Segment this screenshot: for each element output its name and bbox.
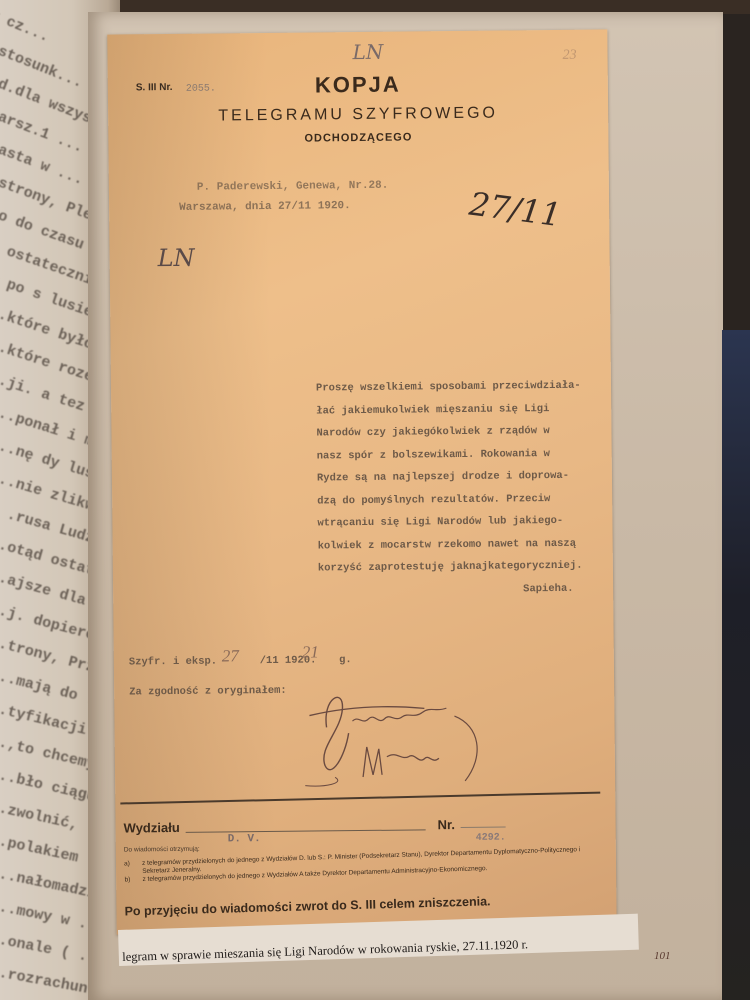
body-line: Proszę wszelkiemi sposobami przeciwdział… xyxy=(316,374,616,400)
department-value: D. V. xyxy=(228,833,261,845)
body-line: korzyść zaprotestuję jaknajkategorycznie… xyxy=(318,554,618,580)
recipients-label: Do wiadomości otrzymują: xyxy=(124,846,200,854)
number-value: 4292. xyxy=(476,833,506,844)
body-line: Narodów czy jakiegókolwiek z rządów w xyxy=(316,419,616,445)
handwritten-initials-mid: LN xyxy=(157,244,194,272)
handwritten-date: 27/11 xyxy=(467,185,563,235)
handwritten-corner-number: 23 xyxy=(562,48,576,64)
addressee: P. Paderewski, Genewa, Nr.28. xyxy=(197,180,389,194)
left-page-text-line: w cz... xyxy=(0,7,52,46)
conformity-label: Za zgodność z oryginałem: xyxy=(129,685,287,699)
body-line: wtrącaniu się Ligi Narodów lub jakiego- xyxy=(317,509,617,535)
document-subtitle: TELEGRAMU SZYFROWEGO xyxy=(108,103,608,126)
body-line: nasz spór z bolszewikami. Rokowania w xyxy=(317,442,617,468)
body-line: Rydze są na najlepszej drodze i doprowa- xyxy=(317,464,617,490)
page-number: 101 xyxy=(654,950,671,962)
signature-icon xyxy=(304,686,495,798)
body-line: dzą do pomyślnych rezultatów. Przeciw xyxy=(317,487,617,513)
document-title: KOPJA xyxy=(108,69,608,100)
department-label: Wydziału xyxy=(124,820,180,836)
body-line: kolwiek z mocarstw rzekomo nawet na nasz… xyxy=(318,532,618,558)
telegram-body: Proszę wszelkiemi sposobami przeciwdział… xyxy=(316,374,618,580)
handwritten-cipher-hour: 21 xyxy=(302,642,319,662)
handwritten-initials-top: LN xyxy=(352,40,383,64)
body-line: łać jakiemukolwiek mięszaniu się Ligi xyxy=(316,397,616,423)
background-corner xyxy=(722,330,750,1000)
number-label: Nr. xyxy=(438,817,455,832)
place-date: Warszawa, dnia 27/11 1920. xyxy=(179,200,351,214)
telegram-document: LN 23 S. III Nr. 2055. KOPJA TELEGRAMU S… xyxy=(107,29,616,934)
handwritten-cipher-day: 27 xyxy=(222,646,239,666)
signoff: Sapieha. xyxy=(523,583,574,596)
